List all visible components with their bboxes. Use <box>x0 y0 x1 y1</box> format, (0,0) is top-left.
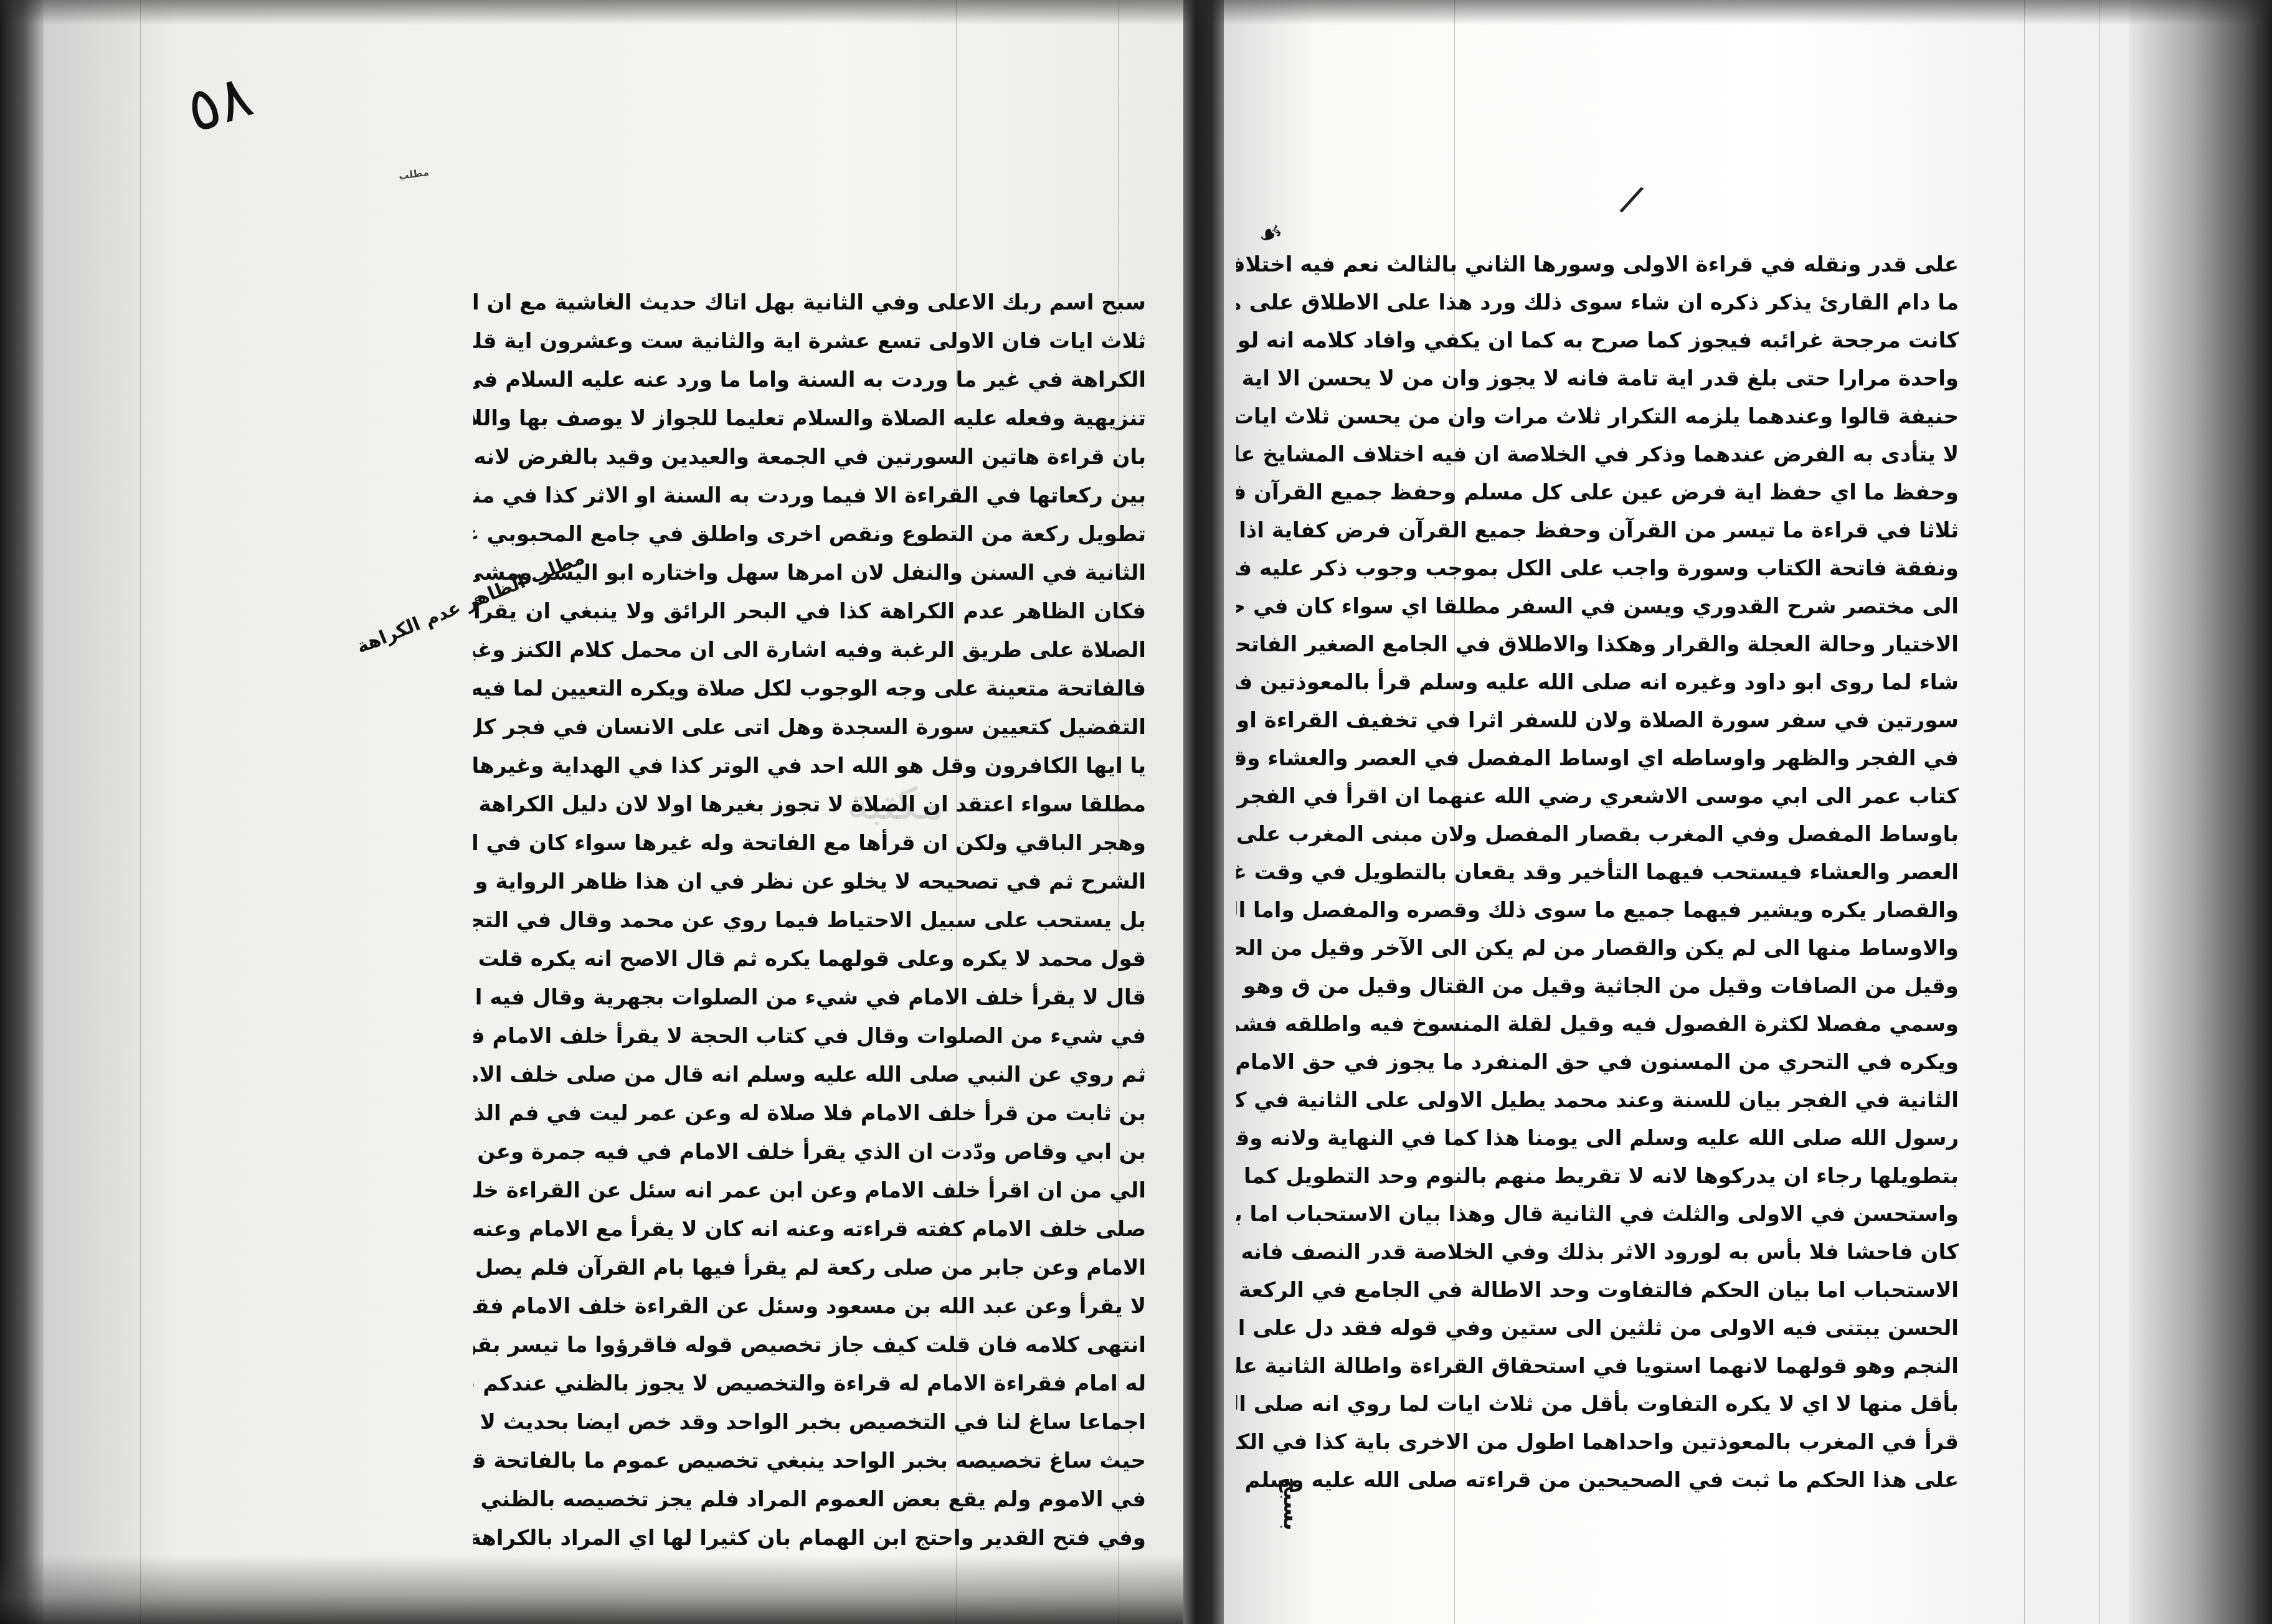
manuscript-line: سورتين في سفر سورة الصلاة ولان للسفر اثر… <box>1236 702 1959 740</box>
manuscript-line: بين ركعاتها في القراءة الا فيما وردت به … <box>473 476 1146 515</box>
manuscript-line: الكراهة في غير ما وردت به السنة واما ما … <box>473 361 1146 399</box>
manuscript-line: ثم روي عن النبي صلى الله عليه وسلم انه ق… <box>473 1055 1146 1094</box>
manuscript-line: فالفاتحة متعينة على وجه الوجوب لكل صلاة … <box>473 669 1146 708</box>
manuscript-line: قال لا يقرأ خلف الامام في شيء من الصلوات… <box>473 978 1146 1017</box>
manuscript-line: الاختيار وحالة العجلة والقرار وهكذا والا… <box>1236 626 1959 664</box>
manuscript-line: حنيفة قالوا وعندهما يلزمه التكرار ثلاث م… <box>1236 398 1959 436</box>
scan-edge-shadow-top <box>0 0 2272 25</box>
manuscript-line: ما دام القارئ يذكر ذكره ان شاء سوى ذلك و… <box>1236 284 1959 322</box>
manuscript-line: الثانية في السنن والنفل لان امرها سهل وا… <box>473 554 1146 592</box>
manuscript-line: باوساط المفصل وفي المغرب بقصار المفصل ول… <box>1236 816 1959 854</box>
manuscript-line: سبح اسم ربك الاعلى وفي الثانية بهل اتاك … <box>473 283 1146 322</box>
manuscript-line: الامام وعن جابر من صلى ركعة لم يقرأ فيها… <box>473 1249 1146 1287</box>
manuscript-line: الثانية في الفجر بيان للسنة وعند محمد يط… <box>1236 1082 1959 1120</box>
manuscript-line: وفي فتح القدير واحتج ابن الهمام بان كثير… <box>473 1519 1146 1557</box>
scan-edge-shadow-right <box>2129 0 2272 1624</box>
manuscript-line: الاستحباب اما بيان الحكم فالتفاوت وحد ال… <box>1236 1272 1959 1310</box>
manuscript-line: واستحسن في الاولى والثلث في الثانية قال … <box>1236 1196 1959 1234</box>
manuscript-line: الى مختصر شرح القدوري ويسن في السفر مطلق… <box>1236 588 1959 626</box>
manuscript-line: وهجر الباقي ولكن ان قرأها مع الفاتحة وله… <box>473 824 1146 862</box>
manuscript-line: على قدر ونقله في قراءة الاولى وسورها الث… <box>1236 246 1959 284</box>
manuscript-line: واحدة مرارا حتى بلغ قدر اية تامة فانه لا… <box>1236 360 1959 398</box>
manuscript-line: بن ثابت من قرأ خلف الامام فلا صلاة له وع… <box>473 1094 1146 1133</box>
manuscript-line: ونفقة فاتحة الكتاب وسورة واجب على الكل ب… <box>1236 550 1959 588</box>
manuscript-line: رسول الله صلى الله عليه وسلم الى يومنا ه… <box>1236 1120 1959 1158</box>
manuscript-line: الي من ان اقرأ خلف الامام وعن ابن عمر ان… <box>473 1171 1146 1210</box>
scan-ruling-line <box>2024 0 2025 1624</box>
manuscript-line: الحسن يبتنى فيه الاولى من ثلثين الى ستين… <box>1236 1310 1959 1348</box>
manuscript-line: بان قراءة هاتين السورتين في الجمعة والعي… <box>473 438 1146 476</box>
manuscript-line: في الاموم ولم يقع بعض العموم المراد فلم … <box>473 1480 1146 1519</box>
manuscript-line: ويكره في التحري من المسنون في حق المنفرد… <box>1236 1044 1959 1082</box>
manuscript-spread: ٥٨ مكتبة مطلب الظاهر عدم الكراهة مطلب ☙ … <box>0 0 2272 1624</box>
manuscript-line: بل يستحب على سبيل الاحتياط فيما روي عن م… <box>473 901 1146 940</box>
manuscript-line: فكان الظاهر عدم الكراهة كذا في البحر الر… <box>473 592 1146 631</box>
manuscript-line: اجماعا ساغ لنا في التخصيص بخبر الواحد وق… <box>473 1403 1146 1442</box>
manuscript-line: شاء لما روى ابو داود وغيره انه صلى الله … <box>1236 664 1959 702</box>
scan-ruling-line <box>2099 0 2099 1624</box>
manuscript-line: قول محمد لا يكره وعلى قولهما يكره ثم قال… <box>473 940 1146 978</box>
gutter-binding <box>1183 0 1224 1624</box>
manuscript-line: في الفجر والظهر واوساطه اي اوساط المفصل … <box>1236 740 1959 778</box>
manuscript-line: التفضيل كتعيين سورة السجدة وهل اتى على ا… <box>473 708 1146 747</box>
manuscript-line: وقيل من الصافات وقيل من الجاثية وقيل من … <box>1236 968 1959 1006</box>
catchword: بسبح <box>1279 1477 1304 1531</box>
manuscript-line: النجم وهو قولهما لانهما استويا في استحقا… <box>1236 1348 1959 1386</box>
left-page-text-block: سبح اسم ربك الاعلى وفي الثانية بهل اتاك … <box>473 283 1146 1354</box>
manuscript-line: بن ابي وقاص ودّدت ان الذي يقرأ خلف الاما… <box>473 1133 1146 1171</box>
manuscript-line: وحفظ ما اي حفظ اية فرض عين على كل مسلم و… <box>1236 474 1959 512</box>
manuscript-line: لا يتأدى به الفرض عندهما وذكر في الخلاصة… <box>1236 436 1959 474</box>
manuscript-line: يا ايها الكافرون وقل هو الله احد في الوت… <box>473 747 1146 785</box>
manuscript-line: لا يقرأ وعن عبد الله بن مسعود وسئل عن ال… <box>473 1287 1146 1326</box>
manuscript-line: مطلقا سواء اعتقد ان الصلاة لا تجوز بغيره… <box>473 785 1146 824</box>
manuscript-line: له امام فقراءة الامام له قراءة والتخصيص … <box>473 1364 1146 1403</box>
manuscript-line: والاوساط منها الى لم يكن والقصار من لم ي… <box>1236 930 1959 968</box>
manuscript-line: تطويل ركعة من التطوع ونقص اخرى واطلق في … <box>473 515 1146 554</box>
manuscript-line: على هذا الحكم ما ثبت في الصحيحين من قراء… <box>1236 1461 1959 1499</box>
scan-edge-shadow-left <box>0 0 44 1624</box>
manuscript-line: تنزيهية وفعله عليه الصلاة والسلام تعليما… <box>473 399 1146 438</box>
manuscript-line: صلى خلف الامام كفته قراءته وعنه انه كان … <box>473 1210 1146 1249</box>
manuscript-line: بتطويلها رجاء ان يدركوها لانه لا تقريط م… <box>1236 1158 1959 1196</box>
scan-ruling-line <box>140 0 141 1624</box>
manuscript-line: كتاب عمر الى ابي موسى الاشعري رضي الله ع… <box>1236 778 1959 816</box>
manuscript-line: انتهى كلامه فان قلت كيف جاز تخصيص قوله ف… <box>473 1326 1146 1364</box>
manuscript-line: ثلاثا في قراءة ما تيسر من القرآن وحفظ جم… <box>1236 512 1959 550</box>
manuscript-line: وسمي مفصلا لكثرة الفصول فيه وقيل لقلة ال… <box>1236 1006 1959 1044</box>
manuscript-line: الشرح ثم في تصحيحه لا يخلو عن نظر في ان … <box>473 862 1146 901</box>
manuscript-line: كانت مرجحة غرائبه فيجوز كما صرح به كما ا… <box>1236 322 1959 360</box>
manuscript-line: والقصار يكره ويشير فيهما جميع ما سوى ذلك… <box>1236 892 1959 930</box>
manuscript-line: في شيء من الصلوات وقال في كتاب الحجة لا … <box>473 1017 1146 1055</box>
manuscript-line: الصلاة على طريق الرغبة وفيه اشارة الى ان… <box>473 631 1146 669</box>
manuscript-line: ثلاث ايات فان الاولى تسع عشرة اية والثان… <box>473 322 1146 361</box>
manuscript-line: حيث ساغ تخصيصه بخبر الواحد ينبغي تخصيص ع… <box>473 1442 1146 1480</box>
manuscript-line: كان فاحشا فلا بأس به لورود الاثر بذلك وف… <box>1236 1234 1959 1272</box>
right-page-text-block: على قدر ونقله في قراءة الاولى وسورها الث… <box>1236 246 1959 1354</box>
manuscript-line: قرأ في المغرب بالمعوذتين واحداهما اطول م… <box>1236 1423 1959 1461</box>
manuscript-line: العصر والعشاء فيستحب فيهما التأخير وقد ي… <box>1236 854 1959 892</box>
scan-edge-shadow-bottom <box>0 1556 1183 1624</box>
manuscript-line: بأقل منها لا اي لا يكره التفاوت بأقل من … <box>1236 1386 1959 1423</box>
